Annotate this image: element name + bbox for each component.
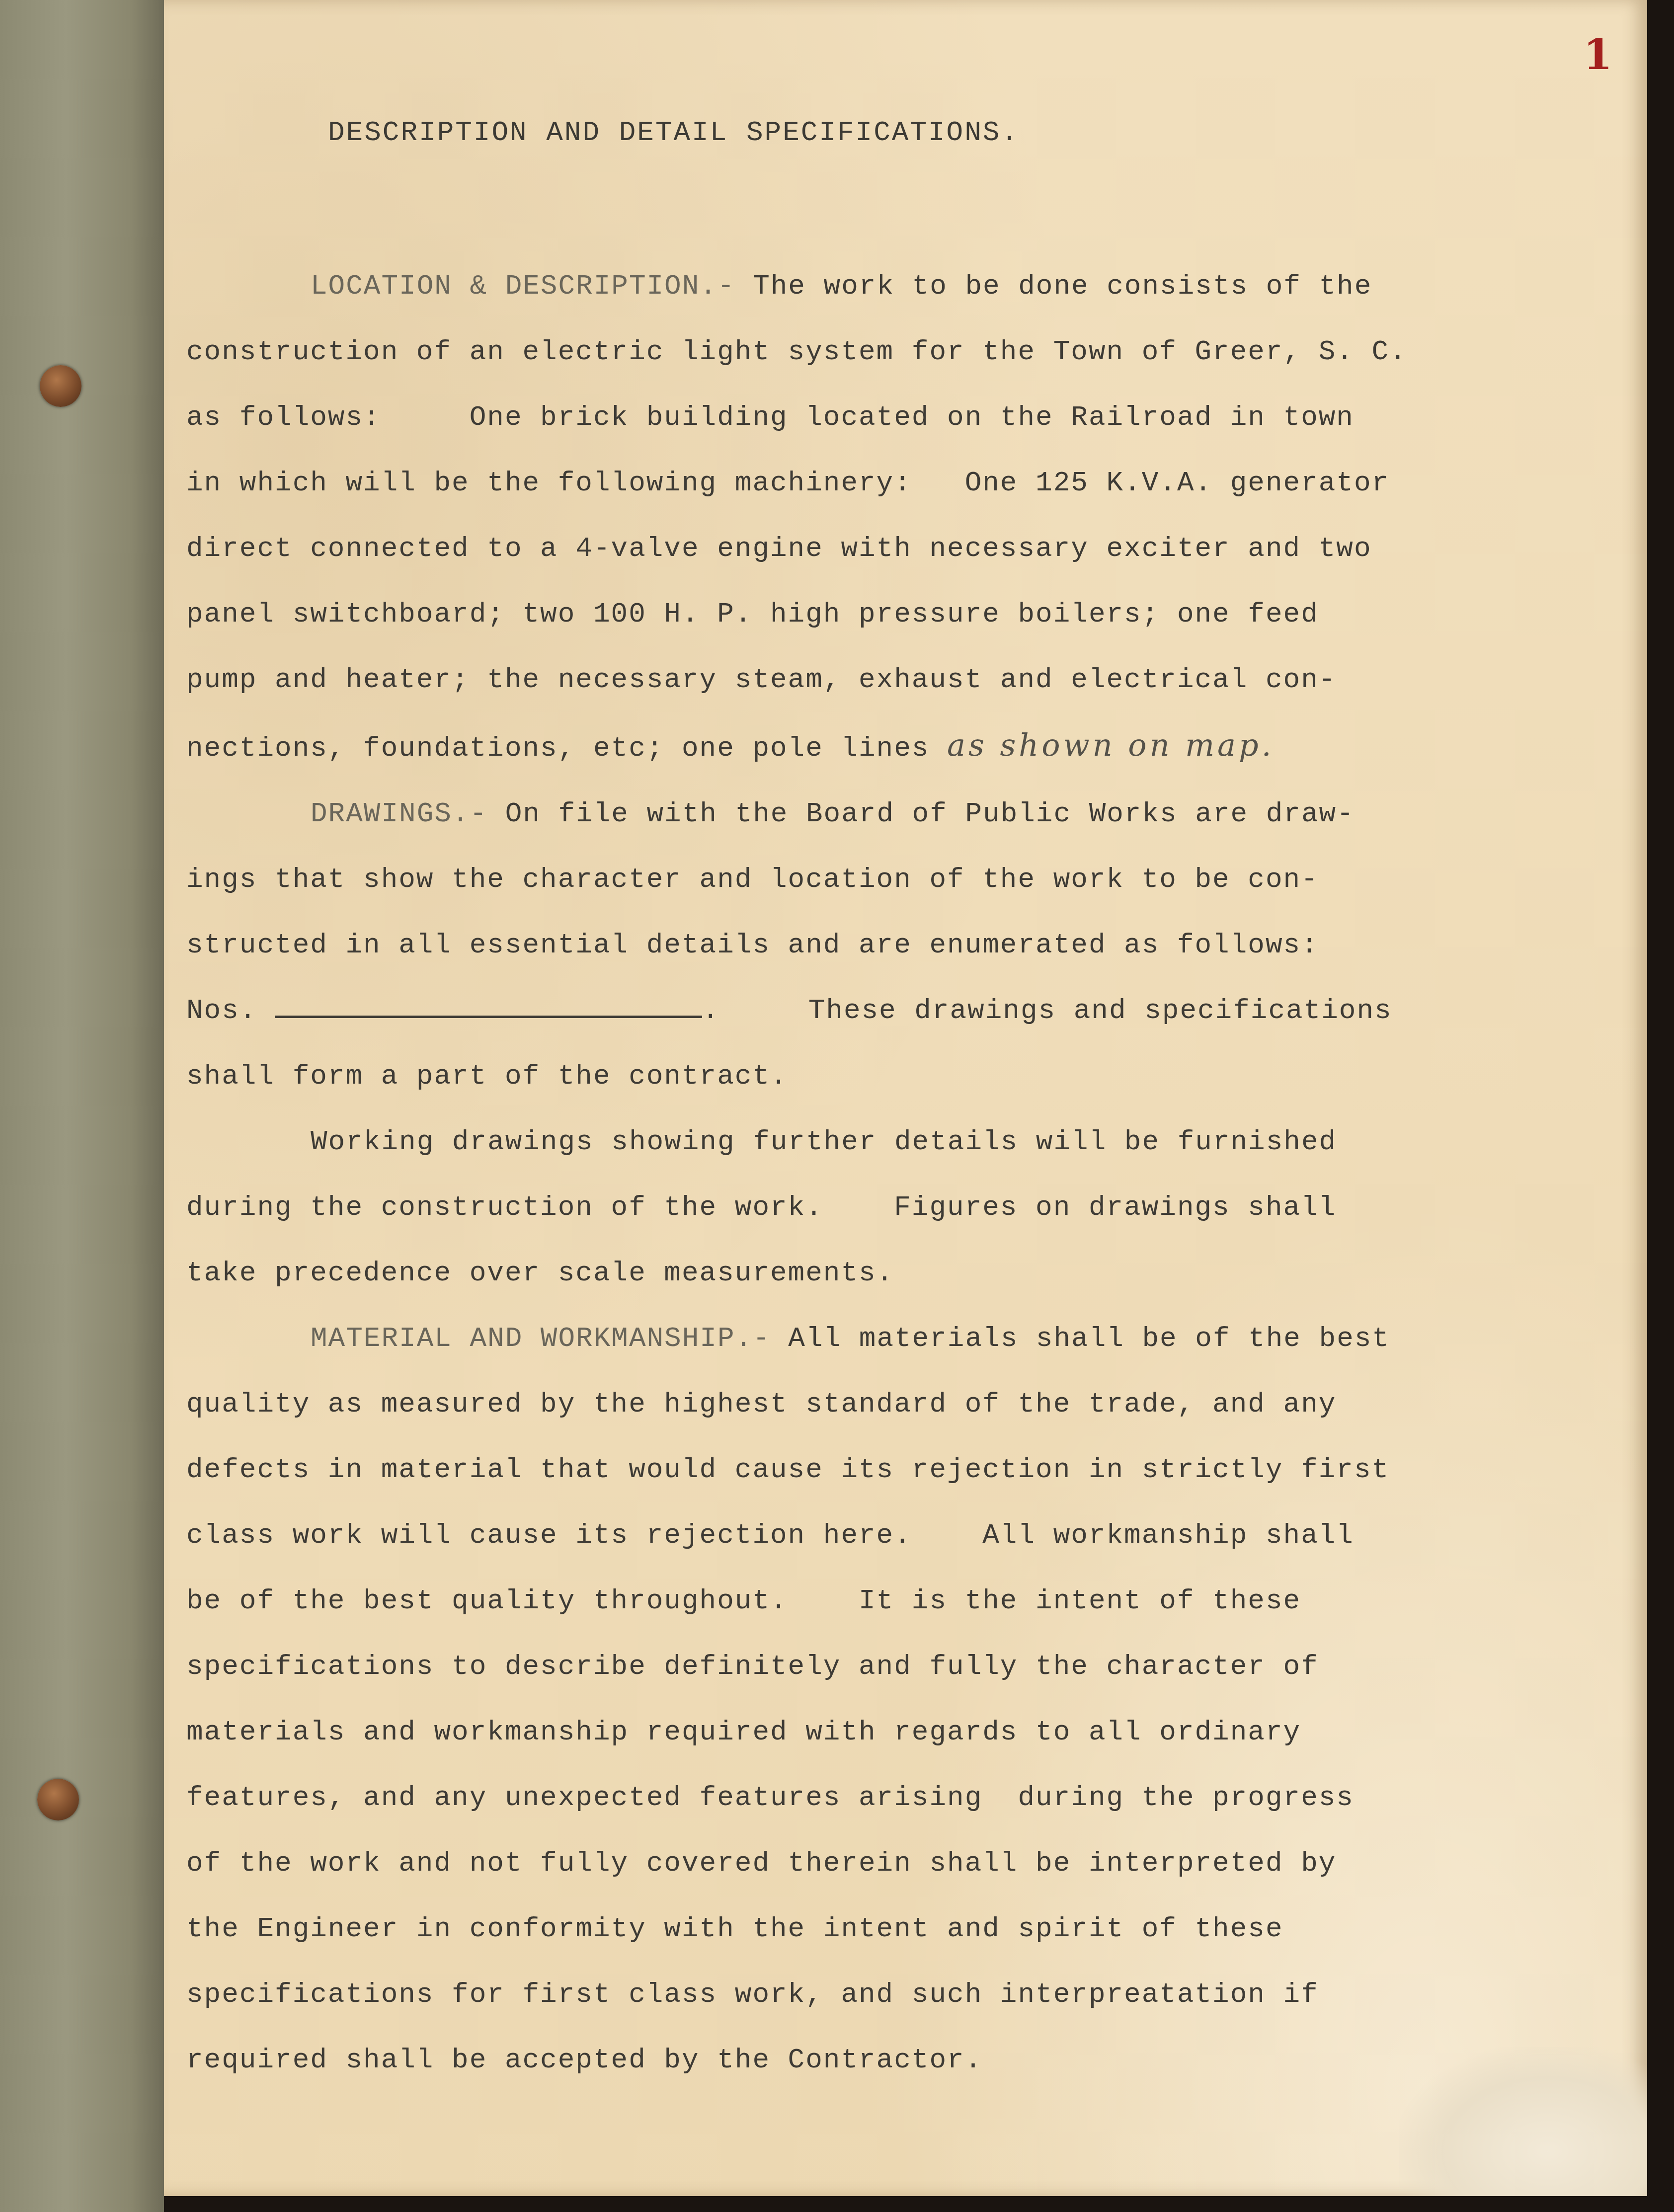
text-line: nections, foundations, etc; one pole lin…	[186, 732, 929, 764]
text-line: Working drawings showing further details…	[186, 1109, 1568, 1175]
text-line: pump and heater; the necessary steam, ex…	[186, 647, 1568, 712]
text-line: quality as measured by the highest stand…	[186, 1371, 1568, 1437]
text-line: structed in all essential details and ar…	[186, 912, 1568, 978]
paragraph-location-description: LOCATION & DESCRIPTION.- The work to be …	[186, 253, 1568, 781]
paragraph-drawings: DRAWINGS.- On file with the Board of Pub…	[186, 781, 1568, 1109]
text-line: of the work and not fully covered therei…	[186, 1830, 1568, 1896]
binder-rivet-top	[40, 365, 81, 407]
text-line: take precedence over scale measurements.	[186, 1240, 1568, 1306]
text-line: defects in material that would cause its…	[186, 1437, 1568, 1502]
text-line: The work to be done consists of the	[753, 270, 1372, 302]
text-line: class work will cause its rejection here…	[186, 1502, 1568, 1568]
section-heading: MATERIAL AND WORKMANSHIP.-	[311, 1323, 771, 1354]
paragraph-working-drawings: Working drawings showing further details…	[186, 1109, 1568, 1306]
text-line: during the construction of the work. Fig…	[186, 1175, 1568, 1240]
section-heading: DRAWINGS.-	[311, 798, 487, 830]
text-line: specifications to describe definitely an…	[186, 1634, 1568, 1699]
text-line: be of the best quality throughout. It is…	[186, 1568, 1568, 1634]
nos-label: Nos.	[186, 995, 257, 1027]
text-line: the Engineer in conformity with the inte…	[186, 1896, 1568, 1962]
text-line: panel switchboard; two 100 H. P. high pr…	[186, 581, 1568, 647]
binder-rivet-bottom	[37, 1779, 79, 1820]
page-title: DESCRIPTION AND DETAIL SPECIFICATIONS.	[328, 117, 1019, 149]
text-line: construction of an electric light system…	[186, 319, 1568, 385]
text-line: specifications for first class work, and…	[186, 1962, 1568, 2027]
text-line: ings that show the character and locatio…	[186, 847, 1568, 912]
text-line: direct connected to a 4-valve engine wit…	[186, 516, 1568, 581]
text-line: materials and workmanship required with …	[186, 1699, 1568, 1765]
text-line: as follows: One brick building located o…	[186, 385, 1568, 450]
text-line: features, and any unexpected features ar…	[186, 1765, 1568, 1830]
blank-fill-line	[275, 996, 702, 1018]
paragraph-material-workmanship: MATERIAL AND WORKMANSHIP.- All materials…	[186, 1306, 1568, 2093]
text-line: On file with the Board of Public Works a…	[505, 798, 1355, 830]
page-mark: 1	[1584, 30, 1612, 79]
text-line: required shall be accepted by the Contra…	[186, 2027, 1568, 2093]
handwritten-note: as shown on map.	[947, 727, 1274, 763]
text-line: in which will be the following machinery…	[186, 450, 1568, 516]
binder-spine	[0, 0, 164, 2212]
text-line: shall form a part of the contract.	[186, 1043, 1568, 1109]
section-heading: LOCATION & DESCRIPTION.-	[311, 270, 735, 302]
text-line: All materials shall be of the best	[788, 1323, 1390, 1354]
text-line: . These drawings and specifications	[702, 995, 1392, 1027]
document-body: LOCATION & DESCRIPTION.- The work to be …	[186, 253, 1568, 2093]
